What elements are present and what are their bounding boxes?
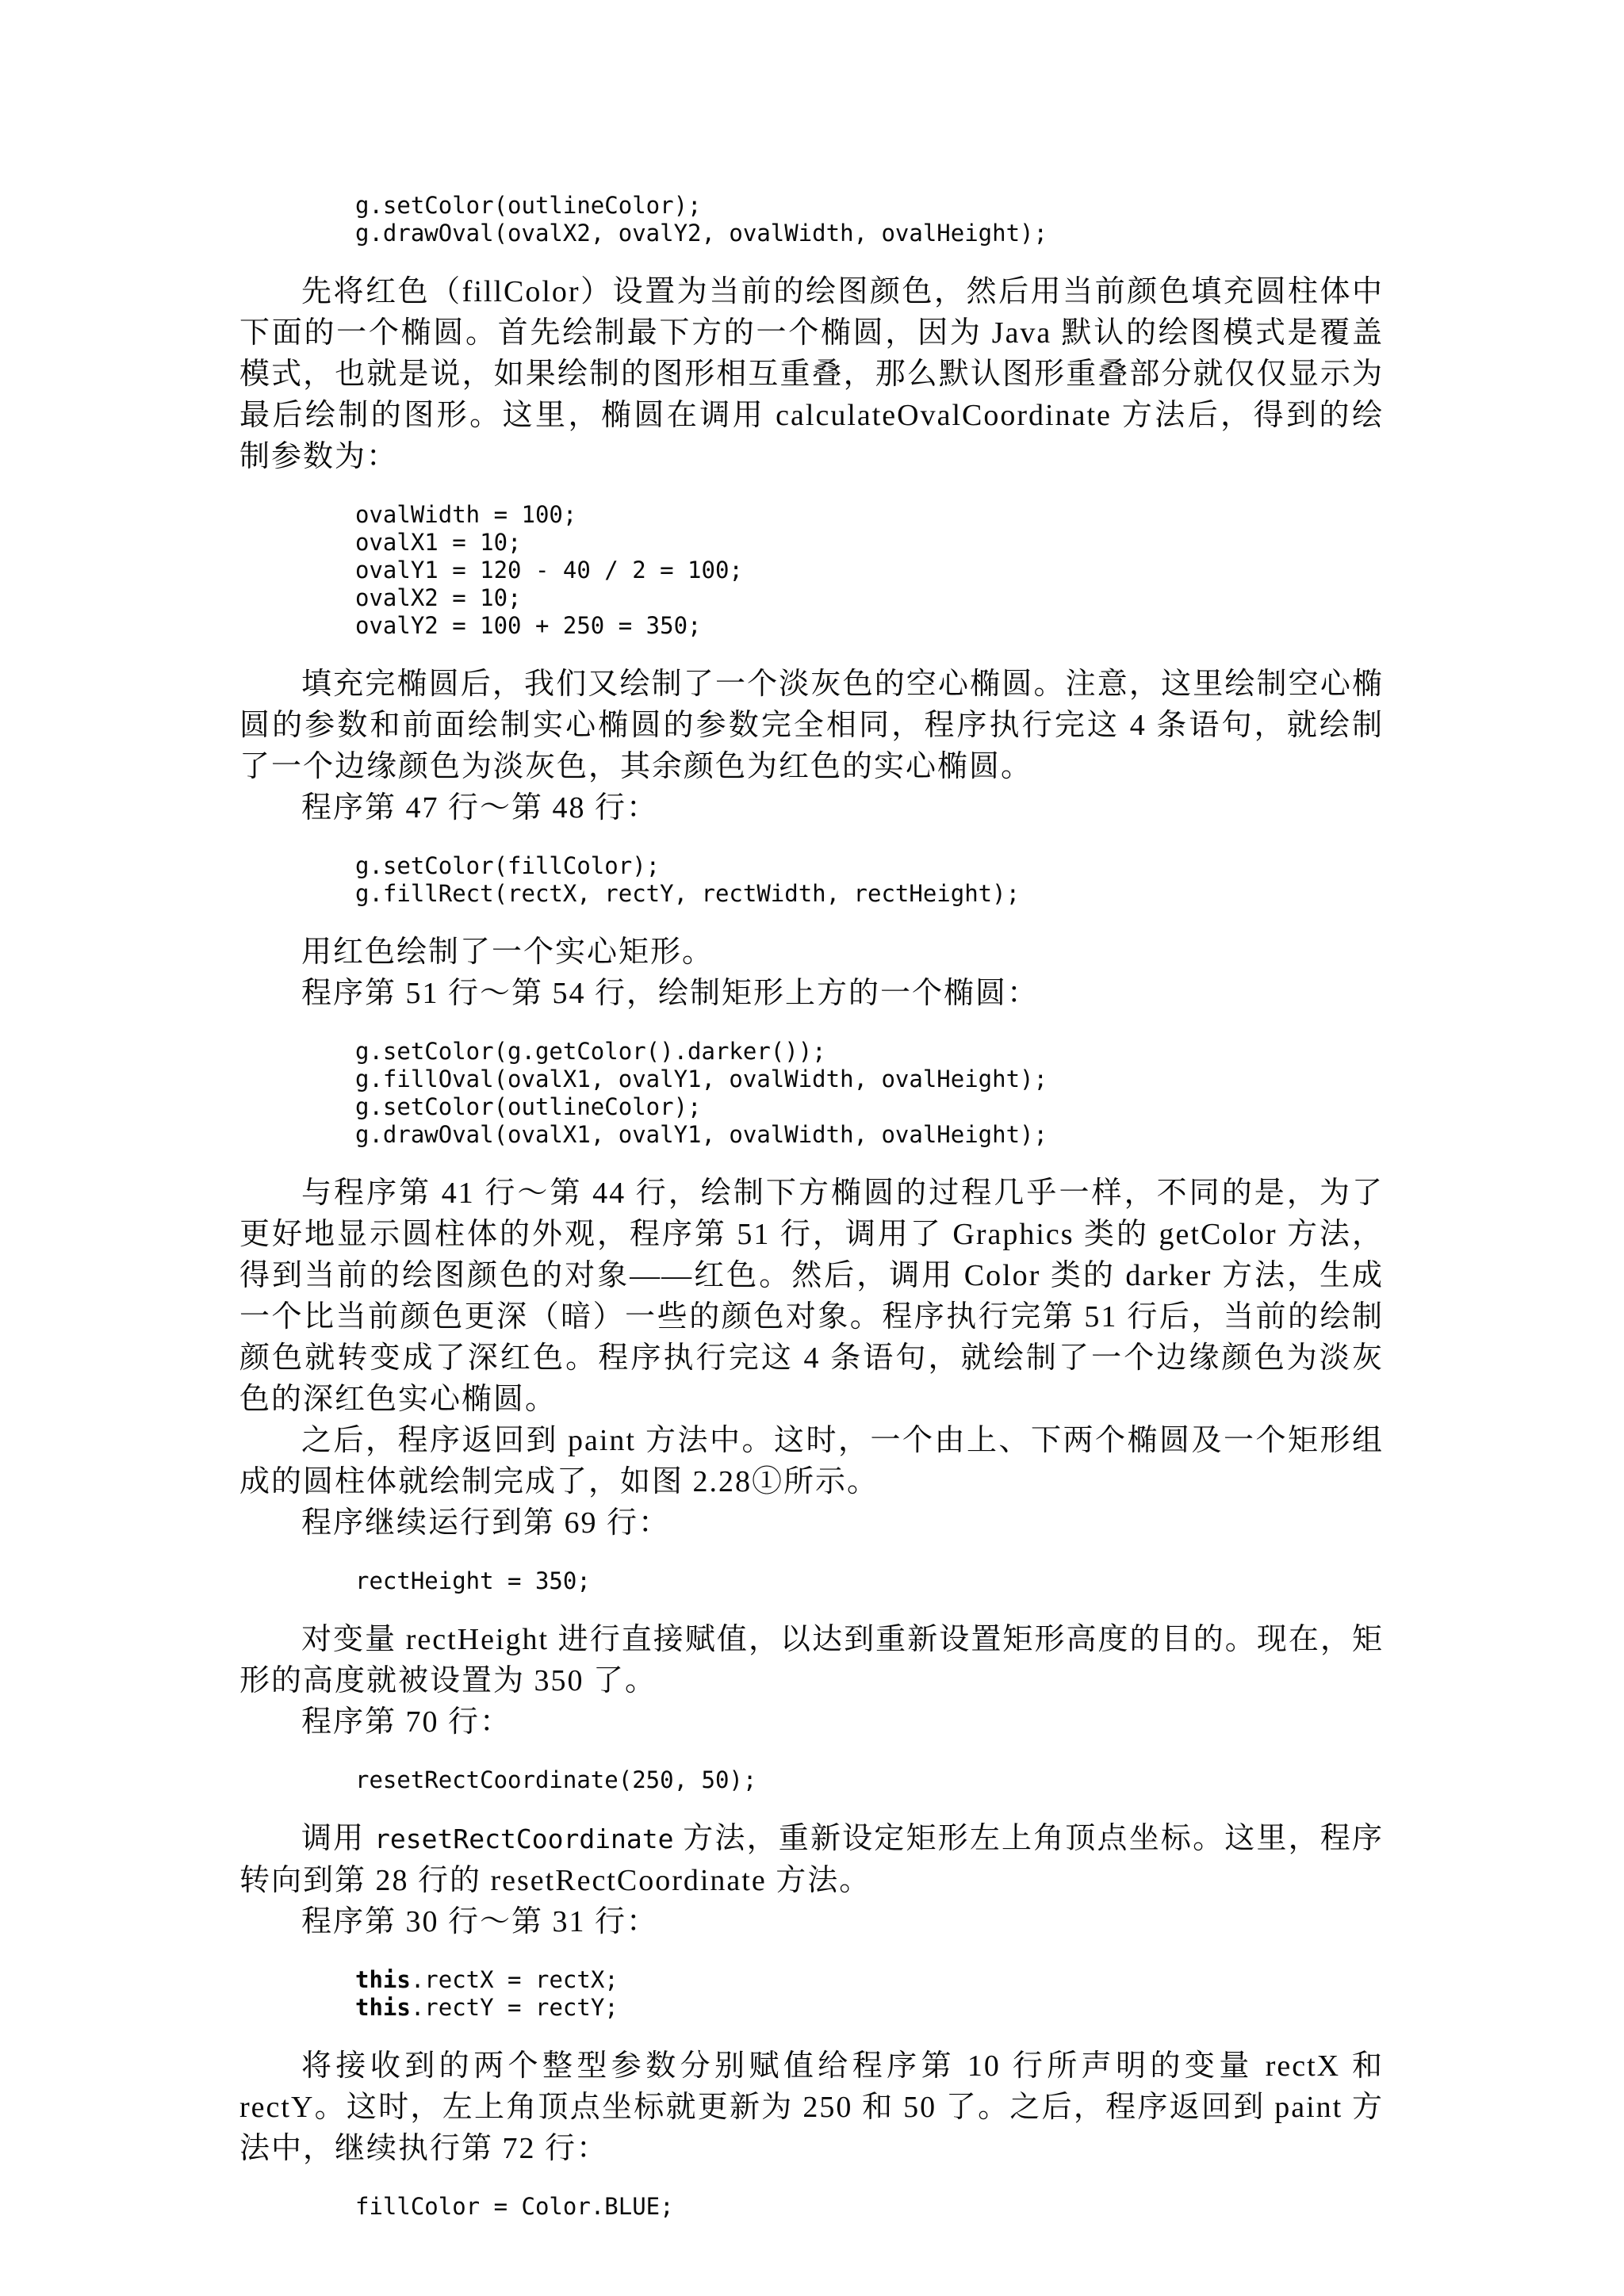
paragraph-line-69: 程序继续运行到第 69 行： <box>239 1502 1384 1544</box>
code-line: this.rectX = rectX; <box>355 1966 1384 1994</box>
code-line: g.setColor(g.getColor().darker()); <box>355 1038 1384 1066</box>
paragraph-segment: 调用 <box>301 1822 374 1855</box>
code-segment: .rectY = rectY; <box>411 1994 619 2021</box>
code-block-this-assignment: this.rectX = rectX; this.rectY = rectY; <box>355 1966 1384 2022</box>
paragraph-reset-rect-coordinate: 调用 resetRectCoordinate 方法，重新设定矩形左上角顶点坐标。… <box>239 1818 1384 1901</box>
code-line: g.drawOval(ovalX1, ovalY1, ovalWidth, ov… <box>355 1121 1384 1149</box>
code-segment: .rectX = rectX; <box>411 1966 619 1993</box>
book-page: g.setColor(outlineColor); g.drawOval(ova… <box>0 0 1624 2296</box>
paragraph-return-to-paint: 之后，程序返回到 paint 方法中。这时，一个由上、下两个椭圆及一个矩形组成的… <box>239 1420 1384 1502</box>
code-line: ovalX1 = 10; <box>355 529 1384 557</box>
keyword-this: this <box>355 1994 411 2021</box>
paragraph-hollow-oval: 填充完椭圆后，我们又绘制了一个淡灰色的空心椭圆。注意，这里绘制空心椭圆的参数和前… <box>239 664 1384 787</box>
code-line: ovalWidth = 100; <box>355 501 1384 529</box>
code-block-oval-parameters: ovalWidth = 100; ovalX1 = 10; ovalY1 = 1… <box>355 501 1384 640</box>
paragraph-params-assignment: 将接收到的两个整型参数分别赋值给程序第 10 行所声明的变量 rectX 和 r… <box>239 2045 1384 2169</box>
paragraph-lines-47-48: 程序第 47 行～第 48 行： <box>239 787 1384 828</box>
code-line: rectHeight = 350; <box>355 1567 1384 1595</box>
code-line: fillColor = Color.BLUE; <box>355 2193 1384 2221</box>
paragraph-lines-30-31: 程序第 30 行～第 31 行： <box>239 1901 1384 1942</box>
paragraph-fillcolor-explanation: 先将红色（fillColor）设置为当前的绘图颜色，然后用当前颜色填充圆柱体中下… <box>239 271 1384 477</box>
paragraph-lines-51-54: 程序第 51 行～第 54 行，绘制矩形上方的一个椭圆： <box>239 973 1384 1014</box>
code-line: g.drawOval(ovalX2, ovalY2, ovalWidth, ov… <box>355 220 1384 247</box>
code-line: g.setColor(outlineColor); <box>355 1093 1384 1121</box>
paragraph-rect-height-assignment: 对变量 rectHeight 进行直接赋值，以达到重新设置矩形高度的目的。现在，… <box>239 1619 1384 1701</box>
code-block-fill-color-blue: fillColor = Color.BLUE; <box>355 2193 1384 2221</box>
code-line: ovalY2 = 100 + 250 = 350; <box>355 612 1384 640</box>
code-block-draw-oval-2: g.setColor(outlineColor); g.drawOval(ova… <box>355 192 1384 247</box>
paragraph-line-70: 程序第 70 行： <box>239 1701 1384 1743</box>
code-line: g.setColor(outlineColor); <box>355 192 1384 220</box>
code-block-rect-height: rectHeight = 350; <box>355 1567 1384 1595</box>
code-line: g.setColor(fillColor); <box>355 852 1384 880</box>
page-content: g.setColor(outlineColor); g.drawOval(ova… <box>239 168 1384 2244</box>
code-block-upper-oval: g.setColor(g.getColor().darker()); g.fil… <box>355 1038 1384 1149</box>
code-line: g.fillRect(rectX, rectY, rectWidth, rect… <box>355 880 1384 908</box>
code-block-fill-rect: g.setColor(fillColor); g.fillRect(rectX,… <box>355 852 1384 908</box>
paragraph-red-rect: 用红色绘制了一个实心矩形。 <box>239 932 1384 973</box>
code-line: this.rectY = rectY; <box>355 1994 1384 2022</box>
code-line: resetRectCoordinate(250, 50); <box>355 1766 1384 1794</box>
code-line: g.fillOval(ovalX1, ovalY1, ovalWidth, ov… <box>355 1066 1384 1093</box>
code-line: ovalX2 = 10; <box>355 584 1384 612</box>
paragraph-darker-color: 与程序第 41 行～第 44 行，绘制下方椭圆的过程几乎一样，不同的是，为了更好… <box>239 1173 1384 1420</box>
code-line: ovalY1 = 120 - 40 / 2 = 100; <box>355 557 1384 584</box>
inline-code-reset-rect-coordinate: resetRectCoordinate <box>374 1823 674 1854</box>
keyword-this: this <box>355 1966 411 1993</box>
code-block-reset-rect-coordinate-call: resetRectCoordinate(250, 50); <box>355 1766 1384 1794</box>
